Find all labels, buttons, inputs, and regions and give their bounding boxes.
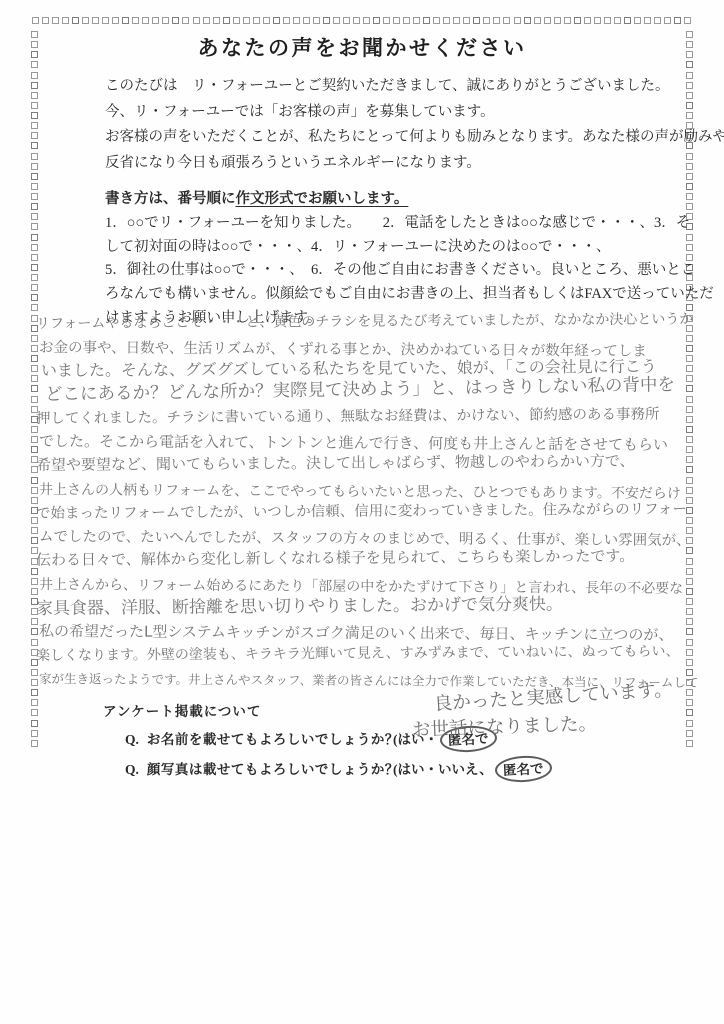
instructions-line: して初対面の時は○○で・・・、4．リ・フォーユーに決めたのは○○で・・・、: [105, 236, 665, 260]
instructions-line: 5．御社の仕事は○○で・・・、 6．その他ご自由にお書きください。良いところ、悪…: [105, 259, 665, 283]
handwriting-line: 押してくれました。チラシに書いている通り、無駄なお経費は、かけない、節約感のある…: [36, 401, 712, 429]
question-row-photo: Q.顔写真は載せてもよろしいでしょうか？ (はい・いいえ、匿名で: [125, 758, 724, 780]
scanned-questionnaire-page: あなたの声をお聞かせください このたびは リ・フォーユーとご契約いただきまして、…: [0, 0, 724, 1024]
instructions-line: ろなんでも構いません。似顔絵でもご自由にお書きの上、担当者もしくはFAXで送って…: [105, 283, 665, 307]
instructions-heading: 書き方は、番号順に作文形式でお願いします。: [105, 188, 665, 212]
handwriting-line: 楽しくなります。外壁の塗装も、キラキラ光輝いて見え、すみずみまで、ていねいに、ぬ…: [36, 638, 712, 666]
question-mark: Q.: [125, 762, 139, 777]
answer-options: (はい・いいえ、匿名で: [393, 756, 551, 782]
handwritten-feedback: リフォームやるならここで・・・と、黄色のチラシを見るたび考えていましたが、なかな…: [36, 311, 712, 690]
circled-answer: 匿名で: [494, 755, 552, 784]
page-title: あなたの声をお聞かせください: [0, 32, 724, 62]
handwriting-line: 伝わる日々で、解体から変化し新しくなれる様子を見られて、こちらも楽しかったです。: [36, 543, 712, 571]
instructions-line: 1．○○でリ・フォーユーを知りました。 2．電話をしたときは○○な感じで・・・、…: [105, 212, 665, 236]
question-text: 顔写真は載せてもよろしいでしょうか？: [147, 762, 399, 777]
intro-line: このたびは リ・フォーユーとご契約いただきまして、誠にありがとうございました。: [105, 74, 650, 100]
question-mark: Q.: [125, 732, 139, 747]
instructions-heading-plain: 書き方は、番号順に: [105, 191, 236, 207]
answer-prefix: (はい・いいえ、: [393, 762, 493, 777]
handwriting-line: リフォームやるならここで・・・と、黄色のチラシを見るたび考えていましたが、なかな…: [36, 306, 712, 334]
handwritten-closing-note: 良かったと実感しています。 お世話になりました。: [412, 692, 673, 744]
decorative-border-top: [32, 17, 692, 24]
instructions-heading-underlined: 作文形式でお願いします。: [236, 191, 409, 207]
handwriting-line: 家具食器、洋服、断捨離を思い切りやりました。おかげで気分爽快。: [36, 589, 712, 619]
question-text: お名前を載せてもよろしいでしょうか？: [147, 732, 399, 747]
intro-line: お客様の声をいただくことが、私たちにとって何よりも励みとなります。あなた様の声が…: [105, 125, 650, 151]
intro-line: 今、リ・フォーユーでは「お客様の声」を募集しています。: [105, 100, 650, 126]
handwriting-line: で始まったリフォームでしたが、いつしか信頼、信用に変わっていきました。住みながら…: [36, 496, 712, 524]
intro-paragraph: このたびは リ・フォーユーとご契約いただきまして、誠にありがとうございました。 …: [105, 74, 650, 176]
intro-line: 反省になり今日も頑張ろうというエネルギーになります。: [105, 151, 650, 177]
handwriting-line: 希望や要望など、聞いてもらいました。決して出しゃばらず、物越しのやわらかい方で、: [36, 448, 712, 476]
